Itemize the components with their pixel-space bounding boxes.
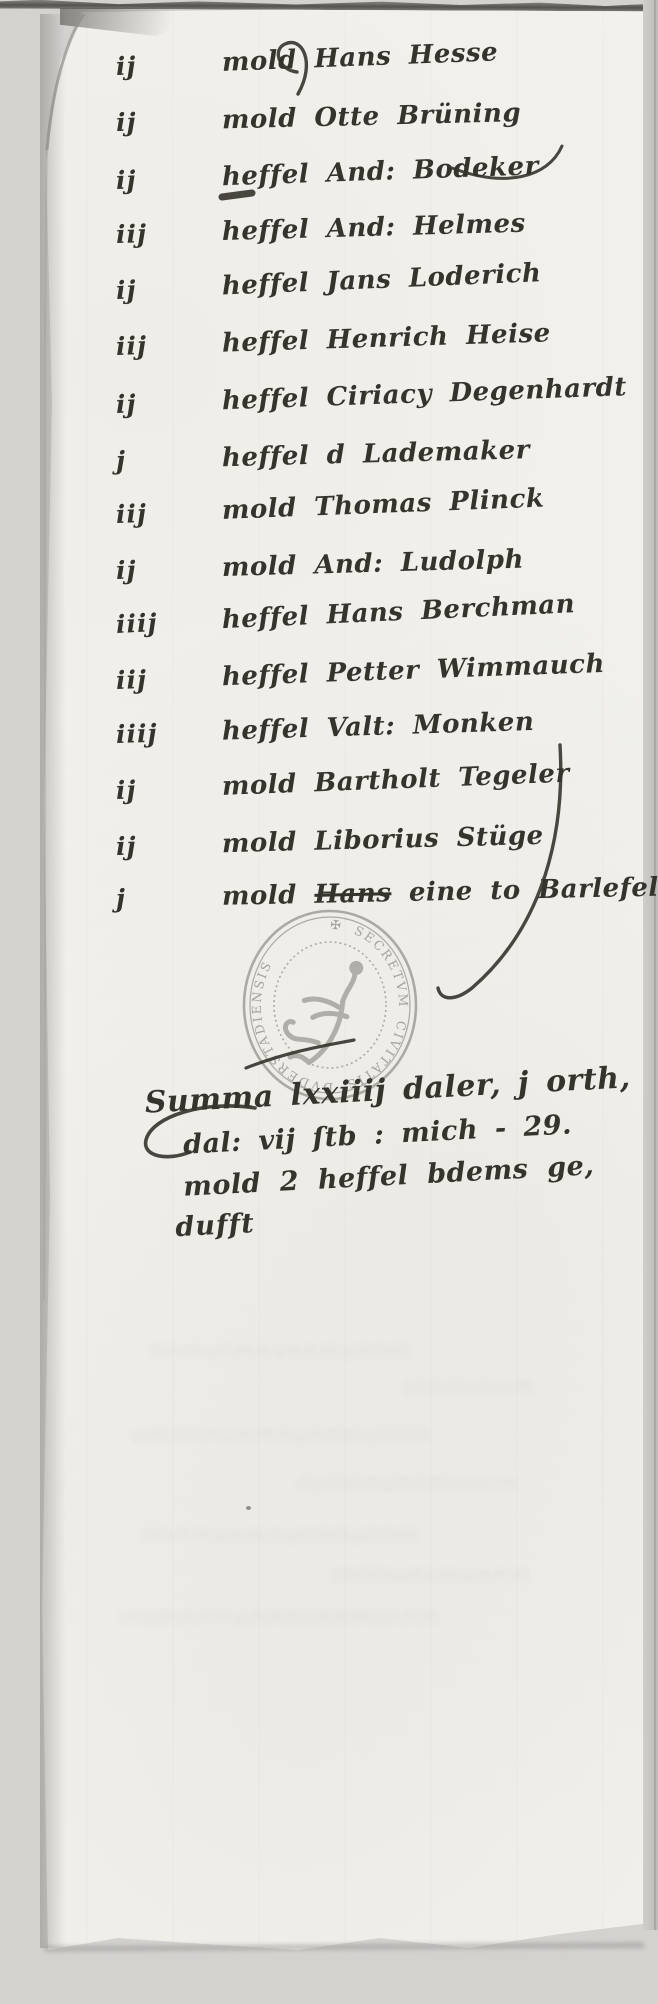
summary-line: dal: vij ſtb : mich - 29. — [182, 1109, 572, 1160]
entry-count: iij — [115, 496, 222, 529]
entry-count: ij — [115, 162, 222, 195]
entry-count: ij — [116, 105, 223, 137]
summary-line: dufft — [175, 1208, 256, 1243]
entry-count: ij — [116, 829, 223, 861]
summary-line: mold 2 heffel bdems ge, — [183, 1150, 595, 1202]
stray-ink-dot — [246, 1506, 251, 1510]
bleed-through-line: mnnumnnunmnumnnmunmnumnnmu — [330, 1560, 530, 1588]
entry-count: ij — [115, 48, 222, 81]
entry-count: ij — [116, 553, 223, 585]
paper-bottom-edge-shadow — [44, 1942, 644, 1952]
bleed-through-line: mnnumnnunmnumnnmunmnumnnmu — [120, 1602, 440, 1630]
bleed-through-line: mnnumnnunmnumnnmunmnumnnmu — [404, 1372, 534, 1400]
entry-count: iij — [116, 329, 223, 361]
entry-count: iiij — [116, 717, 223, 749]
bleed-through-line: mnnumnnunmnumnnmunmnumnnmu — [150, 1336, 410, 1364]
entry-count: iij — [115, 662, 222, 695]
scan-right-edge-line — [654, 0, 656, 1930]
bleed-through-line: mnnumnnunmnumnnmunmnumnnmu — [298, 1468, 518, 1496]
entry-count: ij — [115, 386, 222, 419]
bleed-through-line: mnnumnnunmnumnnmunmnumnnmu — [130, 1420, 430, 1448]
entry-count: iij — [116, 217, 223, 249]
summary-block: Summa lxxiiij daler, j orth, dal: vij ſt… — [138, 1061, 617, 1265]
entry-count: ij — [115, 272, 222, 305]
entry-count: j — [116, 443, 223, 475]
lion-rampant-icon — [278, 960, 376, 1065]
entry-text-post: eine to Barlefelde — [409, 872, 658, 908]
entry-count: j — [116, 882, 223, 913]
bleed-through-line: mnnumnnunmnumnnmunmnumnnmu — [140, 1520, 420, 1548]
entry-count: iiij — [115, 605, 222, 639]
entry-count: ij — [115, 772, 222, 805]
